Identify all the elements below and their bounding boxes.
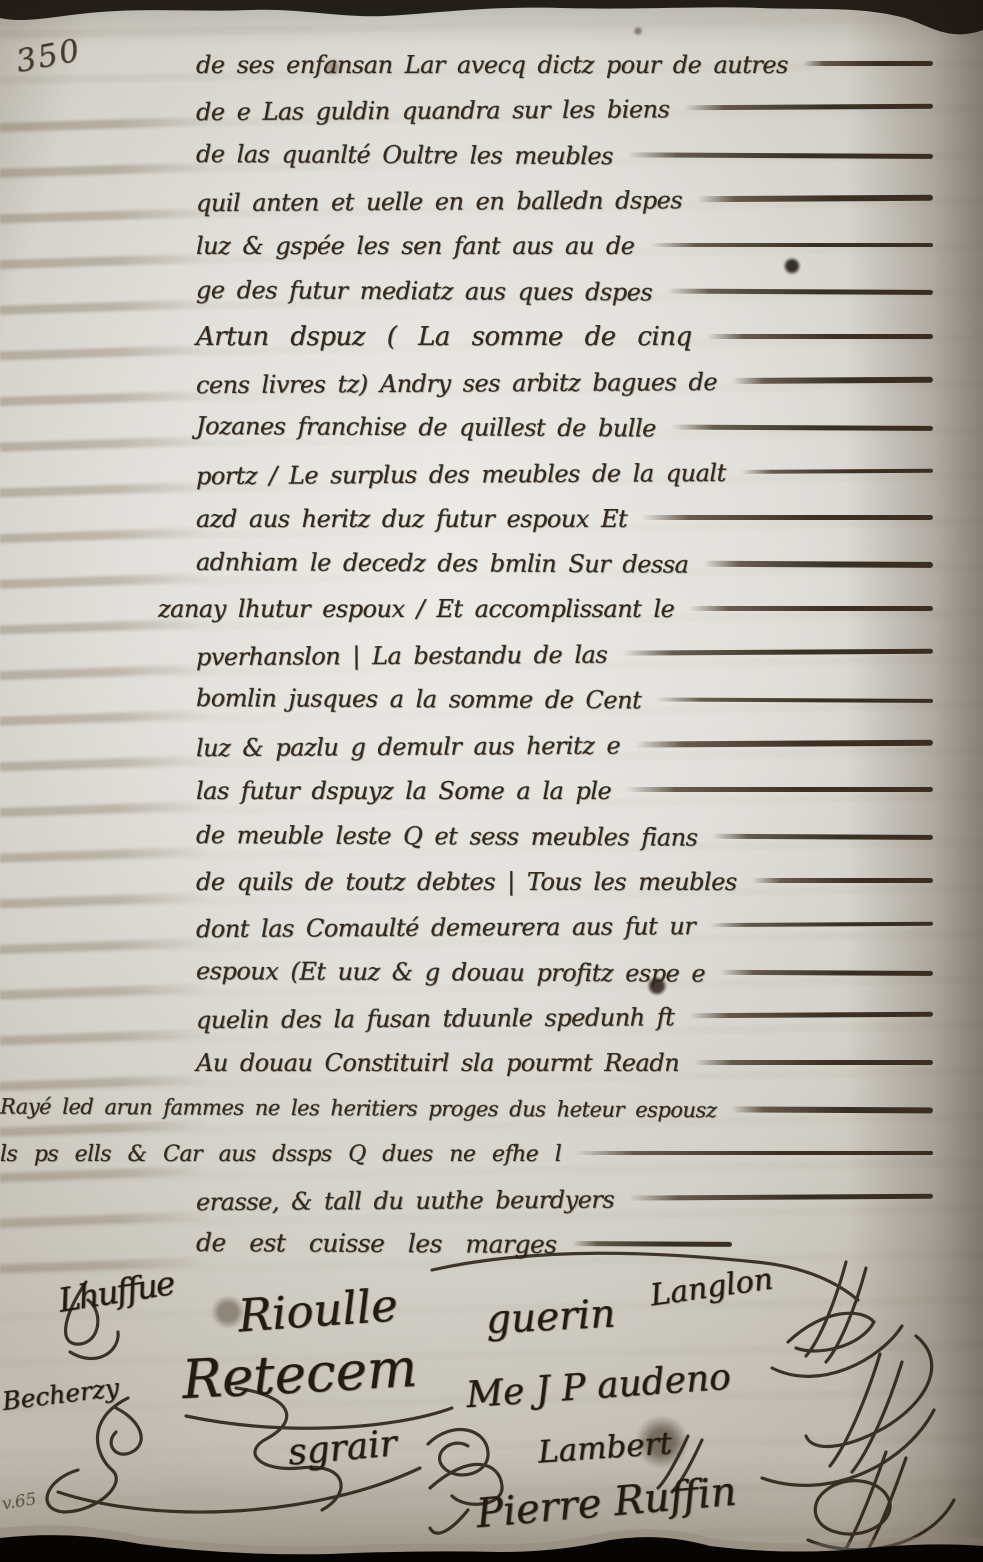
signature-paraph bbox=[864, 1458, 906, 1556]
manuscript-line: zanay lhutur espoux / Et accomplissant l… bbox=[158, 587, 933, 632]
page-edge-top-shape bbox=[0, 0, 983, 34]
signature-paraph bbox=[808, 1500, 954, 1550]
manuscript-line: pverhanslon | La bestandu de las bbox=[196, 630, 933, 680]
signature-paraph bbox=[826, 1268, 866, 1362]
manuscript-line: de ses enfansan Lar avecq dictz pour de … bbox=[196, 42, 933, 87]
signature-paraph bbox=[806, 1336, 932, 1446]
manuscript-line: de meuble leste Q et sess meubles fians bbox=[196, 812, 933, 861]
signature-name: Rioulle bbox=[236, 1278, 399, 1342]
manuscript-line: espoux (Et uuz & g douau profitz espe e bbox=[196, 948, 933, 997]
signature-paraph bbox=[852, 1362, 902, 1472]
signature-name: Langlon bbox=[648, 1262, 775, 1314]
signature-paraph bbox=[428, 1430, 488, 1475]
signature-paraph bbox=[762, 1410, 934, 1485]
signature-name: Lhuffue bbox=[56, 1263, 176, 1320]
signature-paraph bbox=[111, 1408, 141, 1454]
signature-name: Pierre Ruffin bbox=[474, 1469, 738, 1538]
manuscript-line: quelin des la fusan tduunle spedunh ft bbox=[196, 993, 933, 1043]
manuscript-line: ge des futur mediatz aus ques dspes bbox=[196, 267, 933, 316]
manuscript-page: 350 de ses enfansan Lar avecq dictz pour… bbox=[0, 0, 983, 1562]
manuscript-line: Artun dspuz ( La somme de cinq bbox=[196, 314, 933, 359]
signature-name: Me J P audeno bbox=[465, 1357, 732, 1416]
signature-paraph bbox=[830, 1354, 880, 1466]
signature-paraph bbox=[430, 1510, 468, 1533]
signature-paraph bbox=[70, 1332, 118, 1359]
manuscript-line: azd aus heritz duz futur espoux Et bbox=[196, 496, 933, 541]
signature-paraph bbox=[58, 1468, 420, 1512]
manuscript-line: Rayé led arun fammes ne les heritiers pr… bbox=[0, 1084, 933, 1134]
manuscript-line: de las quanlté Oultre les meubles bbox=[196, 131, 933, 180]
manuscript-line: luz & pazlu g demulr aus heritz e bbox=[196, 721, 933, 771]
manuscript-line: de e Las guldin quandra sur les biens bbox=[196, 85, 933, 135]
manuscript-line: dont las Comaulté demeurera aus fut ur bbox=[196, 902, 933, 952]
signature-paraph bbox=[788, 1313, 874, 1351]
signature-paraph bbox=[772, 1326, 902, 1376]
signature-paraph bbox=[806, 1262, 846, 1356]
manuscript-text-block: de ses enfansan Lar avecq dictz pour de … bbox=[0, 42, 983, 1268]
corner-note: v.65 bbox=[1, 1489, 38, 1514]
signature-name: guerin bbox=[485, 1292, 617, 1344]
manuscript-line: luz & gspée les sen fant aus au de bbox=[196, 224, 933, 269]
signature-paraph bbox=[47, 1398, 128, 1512]
signature-name: Retecem bbox=[181, 1338, 419, 1411]
manuscript-line: cens livres tz) Andry ses arbitz bagues … bbox=[196, 357, 933, 407]
manuscript-line: portz / Le surplus des meubles de la qua… bbox=[196, 448, 933, 498]
signature-paraph bbox=[815, 1481, 890, 1534]
signature-paraph bbox=[186, 1408, 452, 1428]
signature-name: Becherzy bbox=[1, 1373, 121, 1416]
manuscript-line: quil anten et uelle en en balledn dspes bbox=[196, 176, 933, 226]
page-edge-bottom-shape bbox=[0, 1535, 983, 1562]
manuscript-line: Au douau Constituirl sla pourmt Readn bbox=[196, 1041, 933, 1086]
manuscript-line: ls ps ells & Car aus dssps Q dues ne efh… bbox=[0, 1131, 933, 1176]
manuscript-line: las futur dspuyz la Some a la ple bbox=[196, 768, 933, 813]
manuscript-line: Jozanes franchise de quillest de bulle bbox=[196, 403, 933, 452]
manuscript-line: bomlin jusques a la somme de Cent bbox=[196, 676, 933, 725]
manuscript-line: erasse, & tall du uuthe beurdyers bbox=[196, 1175, 933, 1225]
signature-name: Lambert bbox=[537, 1425, 673, 1470]
manuscript-line: de est cuisse les marges bbox=[196, 1220, 933, 1269]
signature-paraph bbox=[844, 1452, 886, 1552]
manuscript-line: de quils de toutz debtes | Tous les meub… bbox=[196, 859, 933, 904]
signature-name: sgrair bbox=[286, 1423, 398, 1473]
manuscript-line: adnhiam le decedz des bmlin Sur dessa bbox=[196, 539, 933, 588]
